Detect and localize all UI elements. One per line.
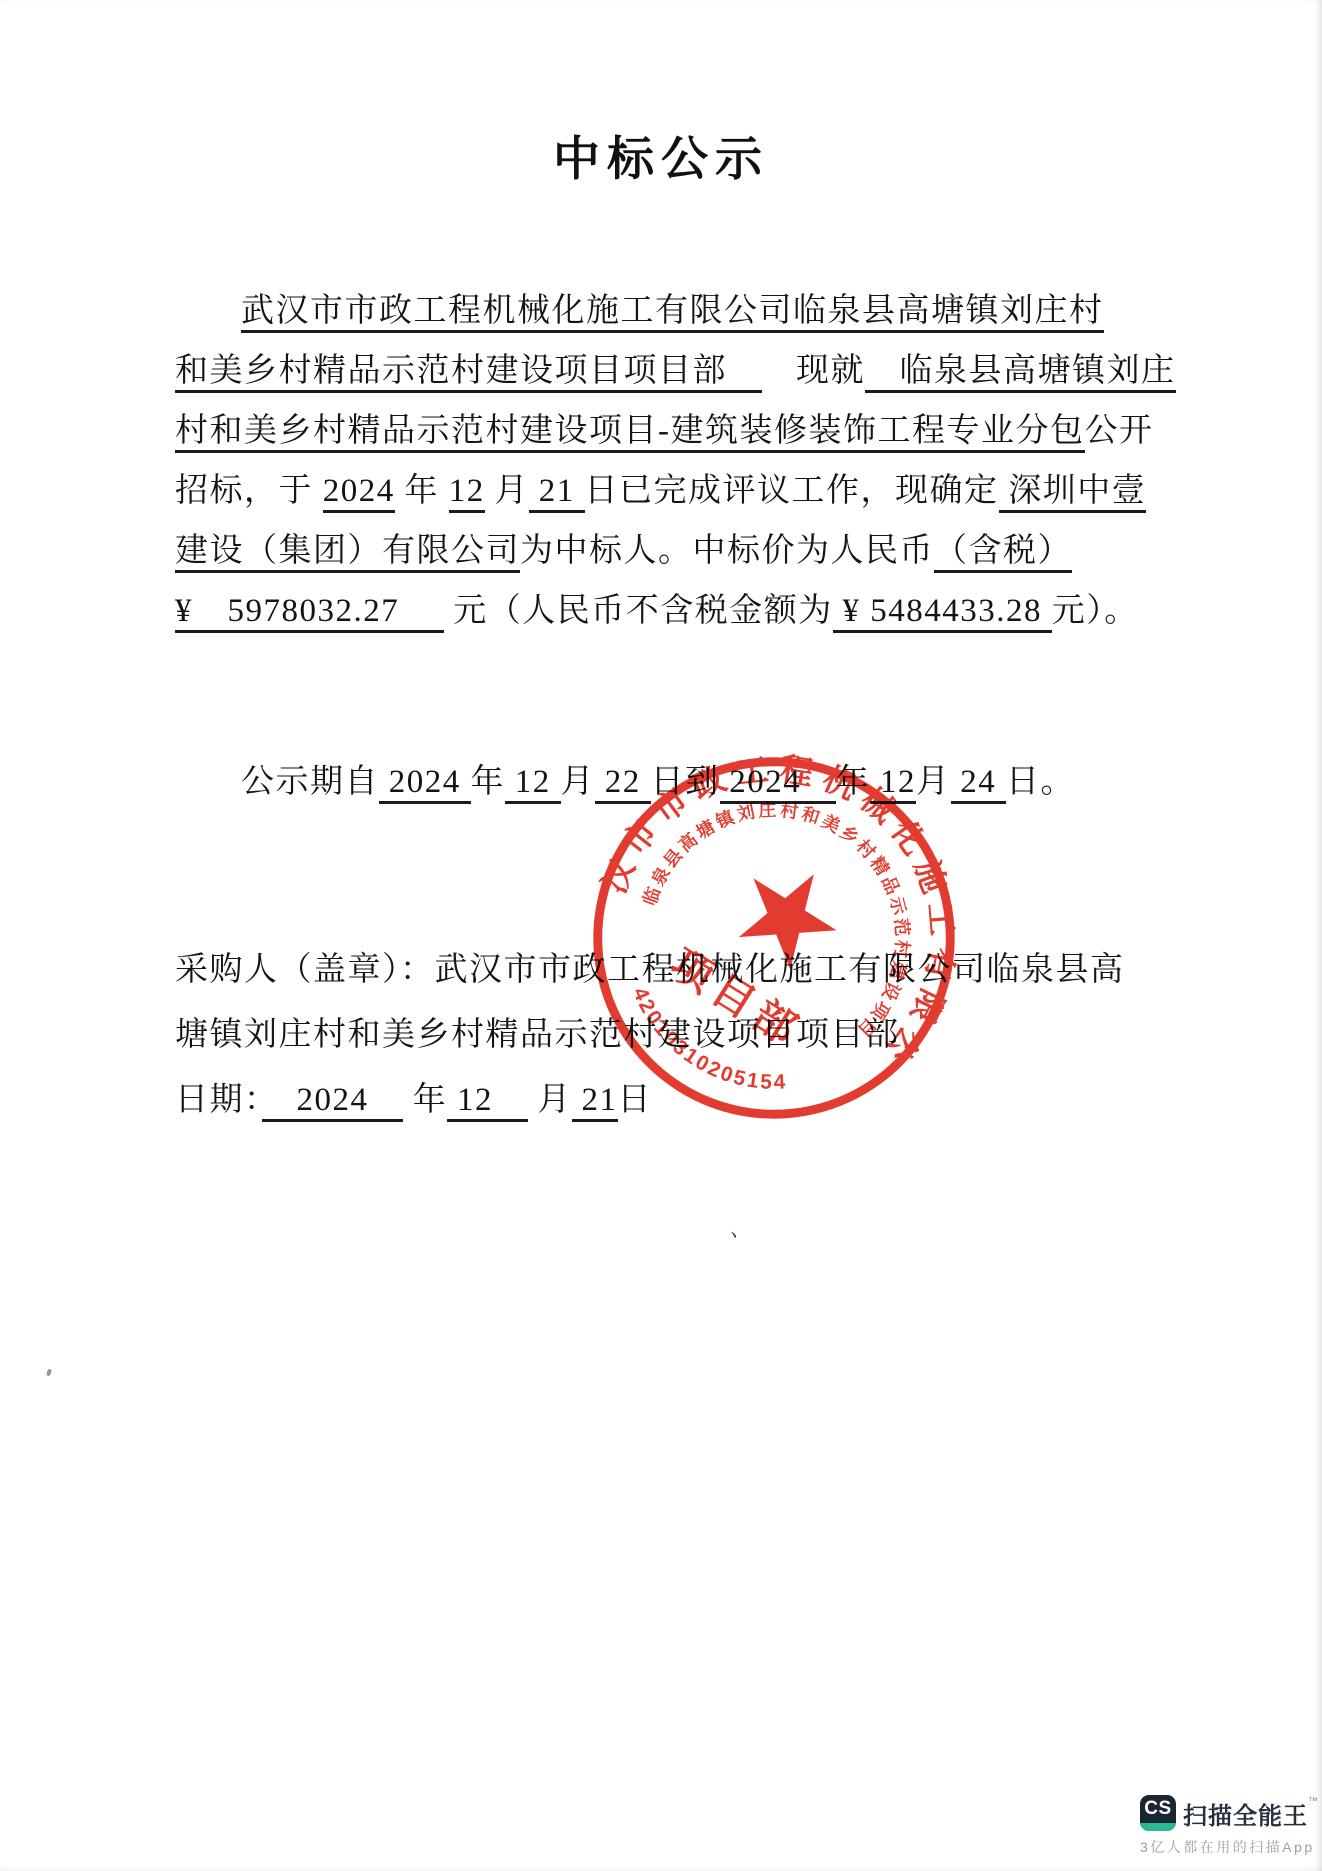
eval-month: 12: [449, 473, 485, 513]
plain-text: 招标，于: [175, 473, 323, 509]
eval-day: 21: [529, 473, 585, 513]
end-day: 24: [951, 764, 1007, 804]
body-line-2: 和美乡村精品示范村建设项目项目部 现就 临泉县高塘镇刘庄: [175, 341, 945, 401]
end-year: 2024: [720, 764, 836, 804]
scan-artifact-mark: 、: [729, 1212, 755, 1246]
cs-logo-letters: CS: [1144, 1795, 1171, 1823]
scan-speck: [46, 1369, 52, 1377]
plain-text: 月: [916, 764, 951, 800]
body-line-6: ¥ 5978032.27 元（人民币不含税金额为 ¥ 5484433.28 元）…: [175, 581, 945, 641]
plain-text: 月: [528, 1082, 572, 1118]
signature-block: 采购人（盖章）：武汉市市政工程机械化施工有限公司临泉县高 塘镇刘庄村和美乡村精品…: [175, 938, 955, 1133]
plain-text: 公开: [1085, 413, 1154, 449]
body-line-4: 招标，于 2024 年 12 月 21 日已完成评议工作，现确定 深圳中壹: [175, 461, 945, 521]
eval-year: 2024: [323, 473, 395, 513]
bid-price-without-tax: ¥ 5484433.28: [833, 593, 1052, 633]
start-year: 2024: [379, 764, 471, 804]
body-line-5: 建设（集团）有限公司为中标人。中标价为人民币（含税）: [175, 521, 945, 581]
trademark-symbol: ™: [1308, 1796, 1319, 1807]
camscanner-logo-icon: CS: [1140, 1795, 1176, 1831]
body-line-1: 武汉市市政工程机械化施工有限公司临泉县高塘镇刘庄村: [175, 281, 945, 341]
sign-month: 12: [447, 1082, 527, 1122]
plain-text: 公示期自: [241, 764, 379, 800]
date-line: 日期： 2024 年 12 月 21日: [175, 1068, 955, 1133]
project-name-text: 临泉县高塘镇刘庄: [865, 353, 1176, 393]
project-package-text: 村和美乡村精品示范村建设项目-建筑装修装饰工程专业分包: [175, 413, 1085, 453]
scanner-watermark: CS 扫描全能王™ 3亿人都在用的扫描App: [1140, 1795, 1304, 1857]
body-line-3: 村和美乡村精品示范村建设项目-建筑装修装饰工程专业分包公开: [175, 401, 945, 461]
plain-text: 元（人民币不含税金额为: [444, 593, 833, 629]
start-day: 22: [595, 764, 651, 804]
plain-text: 日: [618, 1082, 653, 1118]
scanner-brand-row: CS 扫描全能王™: [1140, 1795, 1304, 1831]
plain-text: 年: [403, 1082, 447, 1118]
start-month: 12: [505, 764, 561, 804]
plain-text: 为中标人。中标价为人民币: [520, 533, 934, 569]
project-dept-text: 和美乡村精品示范村建设项目项目部: [175, 353, 762, 393]
winner-project-text: 武汉市市政工程机械化施工有限公司临泉县高塘镇刘庄村: [241, 293, 1104, 333]
brand-text: 扫描全能王: [1183, 1803, 1308, 1830]
plain-text: 日已完成评议工作，现确定: [585, 473, 999, 509]
sign-day: 21: [572, 1082, 618, 1122]
plain-text: 月: [485, 473, 529, 509]
purchaser-line-2: 塘镇刘庄村和美乡村精品示范村建设项目项目部: [175, 1003, 955, 1068]
bid-price-with-tax: ¥ 5978032.27: [175, 593, 444, 633]
announcement-body: 武汉市市政工程机械化施工有限公司临泉县高塘镇刘庄村 和美乡村精品示范村建设项目项…: [175, 281, 945, 641]
scanned-document-page: 中标公示 武汉市市政工程机械化施工有限公司临泉县高塘镇刘庄村 和美乡村精品示范村…: [0, 0, 1322, 1871]
sign-year: 2024: [262, 1082, 403, 1122]
plain-text: 年: [395, 473, 449, 509]
winner-name-part2: 建设（集团）有限公司: [175, 533, 520, 573]
plain-text: 年: [471, 764, 506, 800]
plain-text: 年: [836, 764, 871, 800]
scanner-tagline: 3亿人都在用的扫描App: [1140, 1837, 1304, 1857]
plain-text: 现就: [762, 353, 866, 389]
winner-name-part1: 深圳中壹: [999, 473, 1147, 513]
tax-included-text: （含税）: [934, 533, 1072, 573]
plain-text: 日到: [651, 764, 720, 800]
plain-text: 日。: [1006, 764, 1075, 800]
plain-text: 元）。: [1052, 593, 1139, 629]
end-month: 12: [870, 764, 916, 804]
date-label: 日期：: [175, 1082, 262, 1118]
plain-text: 月: [561, 764, 596, 800]
page-title: 中标公示: [0, 122, 1322, 189]
purchaser-line-1: 采购人（盖章）：武汉市市政工程机械化施工有限公司临泉县高: [175, 938, 955, 1003]
publicity-period-line: 公示期自 2024 年 12 月 22 日到 2024 年 12月 24 日。: [175, 752, 1021, 812]
scanner-brand-name: 扫描全能王™: [1183, 1796, 1319, 1831]
